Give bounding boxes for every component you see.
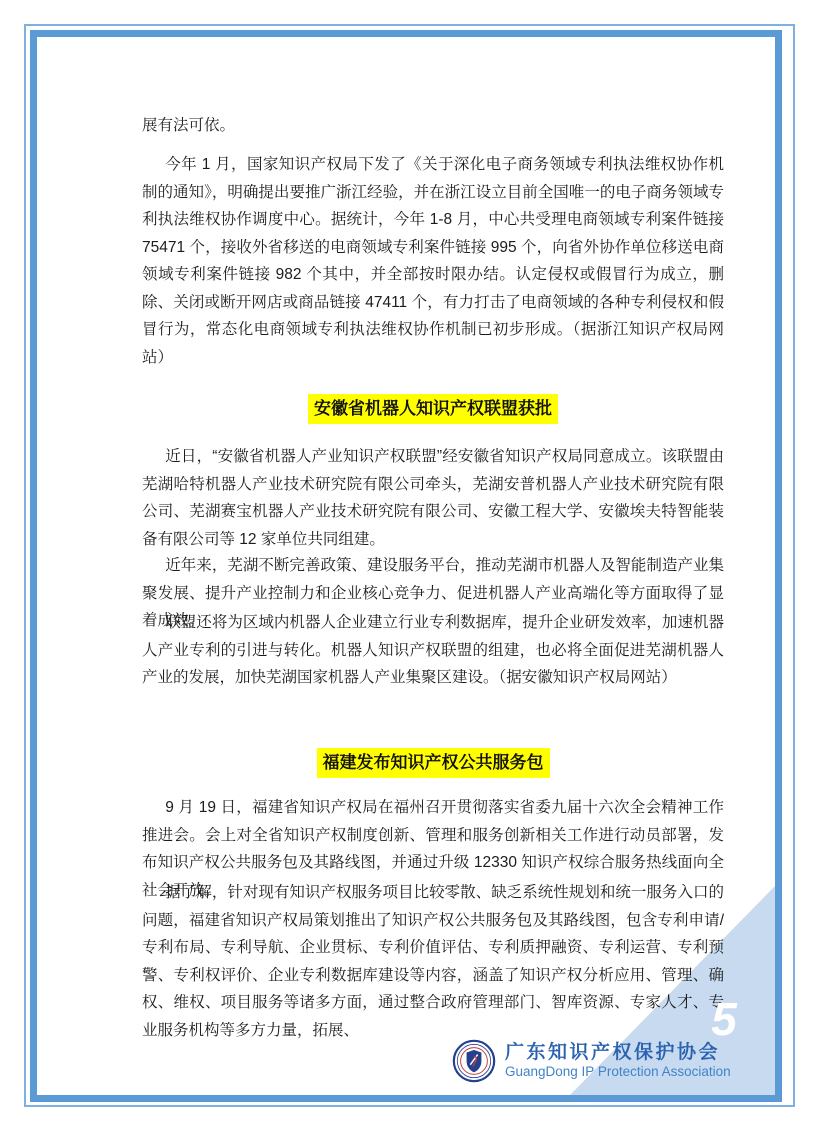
document-page: 5 展有法可依。 今年 1 月，国家知识产权局下发了《关于深化电子商务领域专利执… [0, 0, 820, 1130]
paragraph-fujian-2: 据了解，针对现有知识产权服务项目比较零散、缺乏系统性规划和统一服务入口的问题，福… [142, 879, 724, 1044]
section-heading-anhui: 安徽省机器人知识产权联盟获批 [142, 394, 724, 424]
paragraph-anhui-3: 联盟还将为区域内机器人企业建立行业专利数据库，提升企业研发效率，加速机器人产业专… [142, 609, 724, 692]
heading-highlight: 安徽省机器人知识产权联盟获批 [308, 394, 558, 424]
paragraph-anhui-1: 近日，“安徽省机器人产业知识产权联盟”经安徽省知识产权局同意成立。该联盟由芜湖哈… [142, 443, 724, 553]
association-name-en: GuangDong IP Protection Association [505, 1063, 731, 1080]
paragraph-continuation: 展有法可依。 [142, 112, 724, 140]
association-names: 广东知识产权保护协会 GuangDong IP Protection Assoc… [505, 1042, 731, 1080]
association-name-zh: 广东知识产权保护协会 [505, 1042, 731, 1063]
section-heading-fujian: 福建发布知识产权公共服务包 [142, 748, 724, 778]
paragraph-zhejiang-ecommerce: 今年 1 月，国家知识产权局下发了《关于深化电子商务领域专利执法维权协作机制的通… [142, 151, 724, 371]
association-logo: 广东知识产权保护协会 GuangDong IP Protection Assoc… [452, 1036, 731, 1086]
heading-highlight: 福建发布知识产权公共服务包 [317, 748, 550, 778]
association-emblem-icon [452, 1039, 496, 1083]
